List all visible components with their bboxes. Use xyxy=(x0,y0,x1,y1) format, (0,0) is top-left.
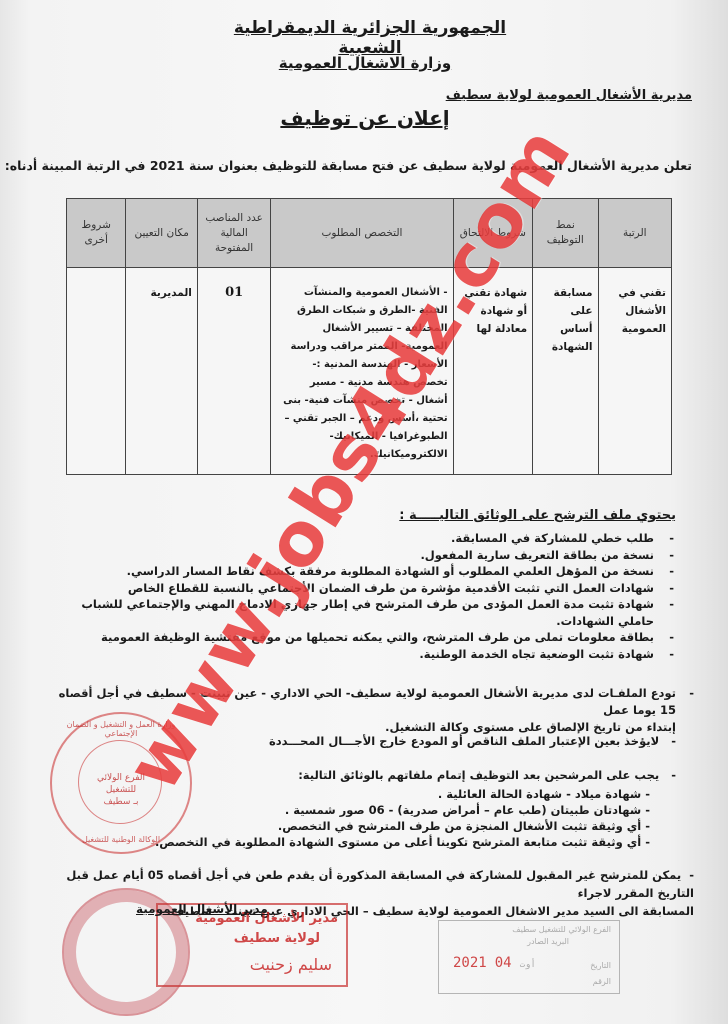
list-item: -نسخة من بطاقة التعريف سارية المفعول. xyxy=(81,547,676,564)
documents-list: -طلب خطي للمشاركة في المسابقة. -نسخة من … xyxy=(81,530,676,662)
list-item: -بطاقة معلومات تملى من طرف المترشح، والت… xyxy=(81,629,676,646)
after-hiring-intro: - يجب على المرشحين بعد التوظيف إتمام ملف… xyxy=(298,768,676,782)
col-open-positions: عدد المناصب المالية المفتوحة xyxy=(197,199,270,268)
list-item-text: حاملي الشهادات. xyxy=(556,614,654,628)
appeal-line-1: يمكن للمترشح غير المقبول للمشاركة في الم… xyxy=(66,868,694,900)
intro-paragraph: تعلن مديرية الأشغال العمومية لولاية سطيف… xyxy=(5,158,692,173)
date-month: أوت xyxy=(520,960,536,970)
ministry-heading: وزارة الاشغال العمومية xyxy=(240,54,490,72)
list-item-text: شهادة تثبت الوضعية تجاه الخدمة الوطنية. xyxy=(419,647,654,661)
signature-wilaya: لولاية سطيف xyxy=(234,931,320,946)
cell-rank: تقني في الأشغال العمومية xyxy=(598,268,671,475)
cell-open-positions: 01 xyxy=(197,268,270,475)
date-value: 2021أوت04 xyxy=(453,955,544,971)
date-received-stamp: الفرع الولائي للتشغيل سطيف البريد الصادر… xyxy=(438,920,620,994)
incomplete-file-text: لايؤخذ بعين الإعتبار الملف الناقص أو الم… xyxy=(269,734,659,748)
col-rank: الرتبة xyxy=(598,199,671,268)
date-stamp-subheader: البريد الصادر xyxy=(527,937,569,946)
cell-recruitment-mode: مسابقة على أساس الشهادة xyxy=(533,268,598,475)
stamp-ring-bottom-text: الوكالة الوطنية للتشغيل xyxy=(52,835,190,844)
list-item: - شهادتان طبيتان (طب عام – أمراض صدرية) … xyxy=(155,802,650,818)
col-assignment-place: مكان التعيين xyxy=(126,199,197,268)
incomplete-file-note: - لايؤخذ بعين الإعتبار الملف الناقص أو ا… xyxy=(269,734,676,748)
list-item: - شهادة ميلاد - شهادة الحالة العائلية . xyxy=(155,786,650,802)
signature-name: سليم زحنيت xyxy=(250,955,332,974)
date-label: التاريخ xyxy=(590,961,611,970)
signatory-title: مدير الأشغال العمومية xyxy=(136,902,268,916)
list-item: -نسخة من المؤهل العلمي المطلوب أو الشهاد… xyxy=(81,563,676,580)
date-stamp-header: الفرع الولائي للتشغيل سطيف xyxy=(512,925,611,934)
cell-other-conditions xyxy=(67,268,126,475)
list-item-text: طلب خطي للمشاركة في المسابقة. xyxy=(451,531,654,545)
cell-assignment-place: المديرية xyxy=(126,268,197,475)
announcement-title: إعلان عن توظيف xyxy=(250,106,480,130)
job-announcement-page: الجمهورية الجزائرية الديمقراطية الشعبية … xyxy=(0,0,728,1024)
list-item: - أي وثيقة تثبت متابعة المترشح تكوينا أع… xyxy=(155,834,650,850)
after-hiring-list: - شهادة ميلاد - شهادة الحالة العائلية . … xyxy=(155,786,650,850)
documents-title: يحتوي ملف الترشح على الوثائق التاليـــــ… xyxy=(399,508,676,523)
bullet-dash: - xyxy=(689,685,694,702)
after-hiring-intro-text: يجب على المرشحين بعد التوظيف إتمام ملفات… xyxy=(298,768,659,782)
list-item-continuation: حاملي الشهادات. xyxy=(81,613,676,630)
number-label: الرقم xyxy=(593,977,611,986)
list-item: - أي وثيقة تثبت الأشغال المنجزة من طرف ا… xyxy=(155,818,650,834)
date-day: 04 xyxy=(495,955,512,971)
directorate-heading: مديرية الأشغال العمومية لولاية سطيف xyxy=(446,88,692,103)
republic-heading: الجمهورية الجزائرية الديمقراطية الشعبية xyxy=(200,18,540,58)
table-header-row: الرتبة نمط التوظيف شروط الالتحاق التخصص … xyxy=(67,199,672,268)
stamp-center-line: بـ سطيف xyxy=(52,796,190,808)
list-item: -شهادة تثبت مدة العمل المؤدى من طرف المت… xyxy=(81,596,676,613)
list-item-text: نسخة من بطاقة التعريف سارية المفعول. xyxy=(420,548,654,562)
list-item: -طلب خطي للمشاركة في المسابقة. xyxy=(81,530,676,547)
list-item-text: شهادة تثبت مدة العمل المؤدى من طرف المتر… xyxy=(81,597,654,611)
list-item: -شهادات العمل التي تثبت الأقدمية مؤشرة م… xyxy=(81,580,676,597)
list-item: -شهادة تثبت الوضعية تجاه الخدمة الوطنية. xyxy=(81,646,676,663)
list-item-text: نسخة من المؤهل العلمي المطلوب أو الشهادة… xyxy=(127,564,654,578)
list-item-text: شهادات العمل التي تثبت الأقدمية مؤشرة من… xyxy=(128,581,654,595)
date-year: 2021 xyxy=(453,955,487,971)
col-other-conditions: شروط أخرى xyxy=(67,199,126,268)
